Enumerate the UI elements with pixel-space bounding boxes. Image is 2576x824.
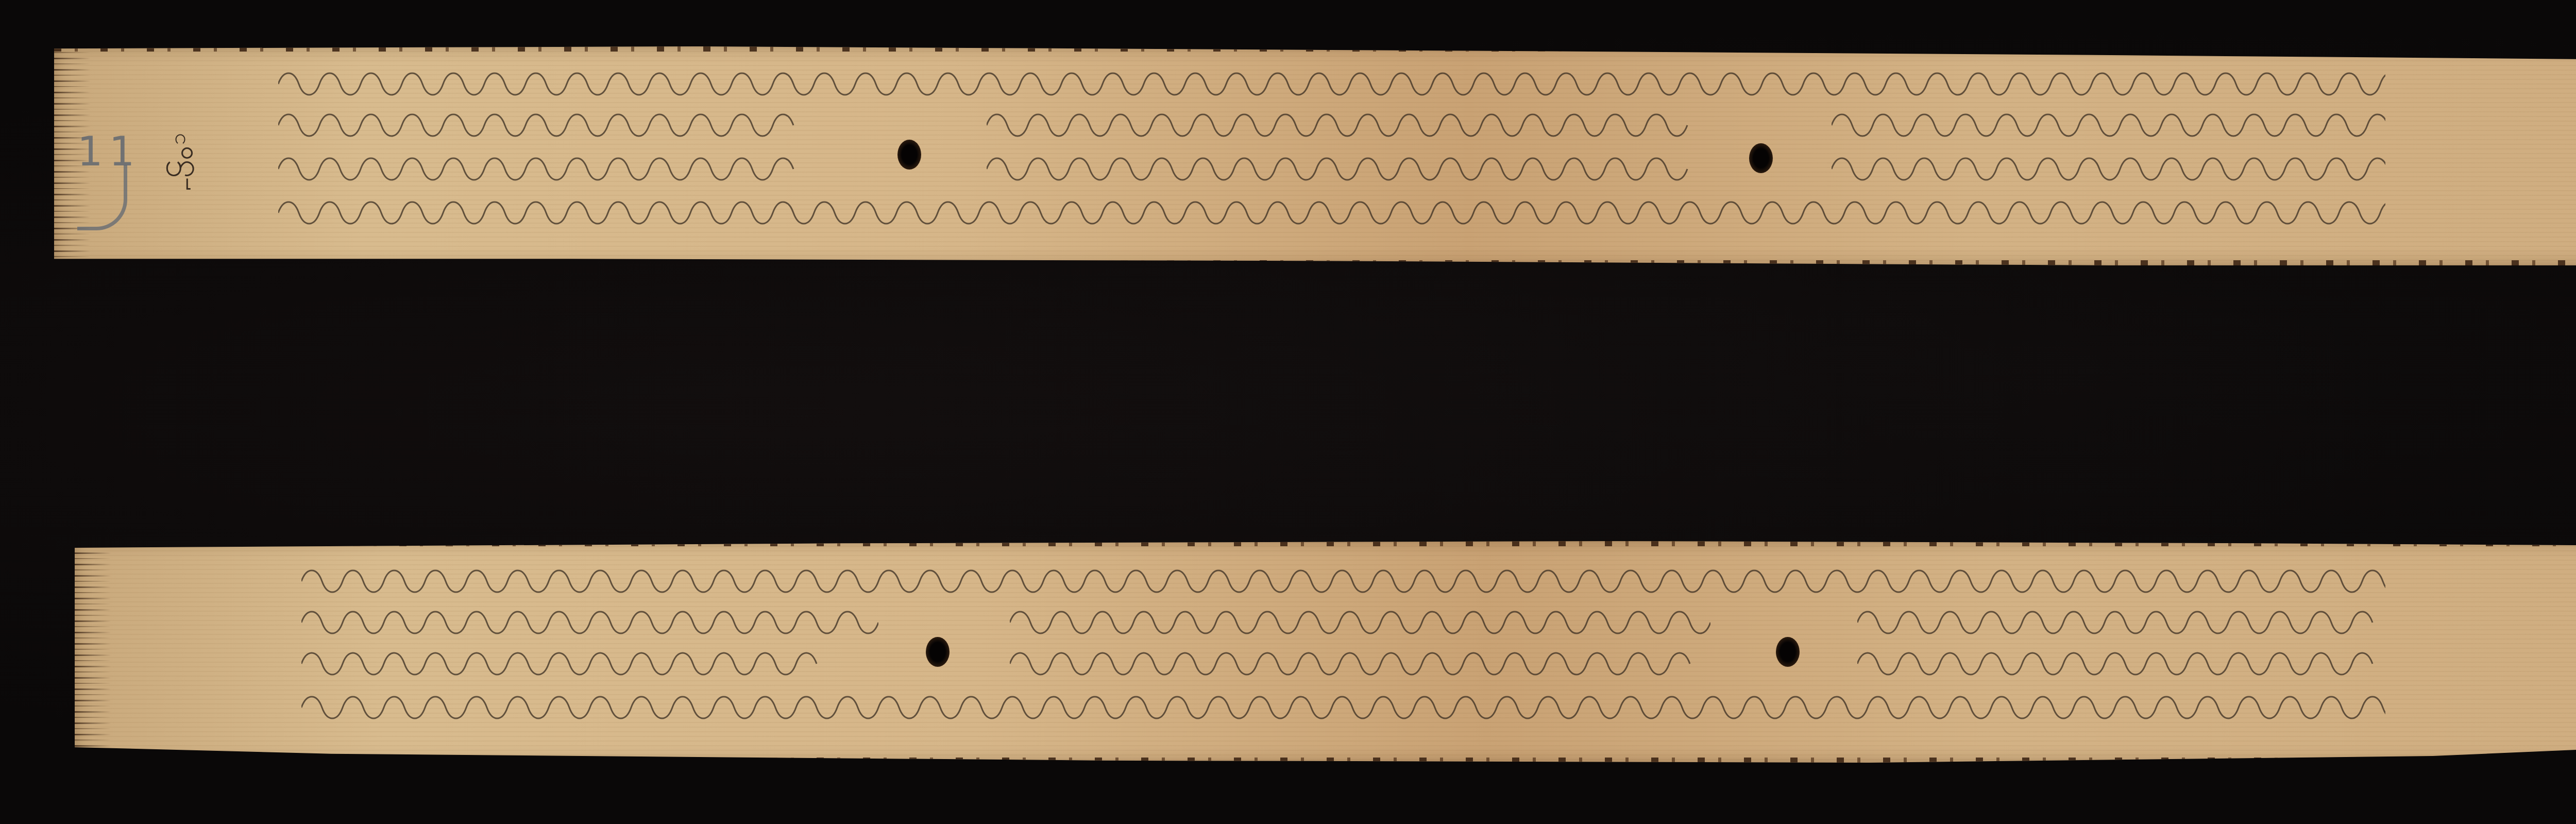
script-line-2-center (1010, 603, 1710, 639)
script-line-3-center (987, 149, 1700, 186)
script-line-2-center (987, 106, 1700, 142)
folio-marker-syllable: ဟို (162, 147, 198, 183)
folio-marker: ဂ ဟို (162, 126, 198, 183)
folio-marker-letter: ဂ (162, 126, 198, 147)
script-line-3-center (1010, 644, 1710, 680)
script-line-4 (301, 688, 2385, 724)
script-line-2-left (278, 106, 804, 142)
script-line-3-right (1857, 644, 2385, 680)
script-line-3-left (278, 149, 804, 186)
script-line-2-right (1857, 603, 2385, 639)
leaf-edge-left (75, 541, 111, 763)
string-hole-left (926, 637, 950, 667)
script-line-2-right (1832, 106, 2385, 142)
string-hole-right (1776, 637, 1800, 667)
script-line-4 (278, 193, 2385, 229)
script-line-1 (278, 64, 2385, 100)
string-hole-left (897, 140, 921, 170)
script-line-3-left (301, 644, 878, 680)
script-line-2-left (301, 603, 878, 639)
script-line-1 (301, 562, 2385, 598)
string-hole-right (1749, 143, 1773, 173)
script-line-3-right (1832, 149, 2385, 186)
